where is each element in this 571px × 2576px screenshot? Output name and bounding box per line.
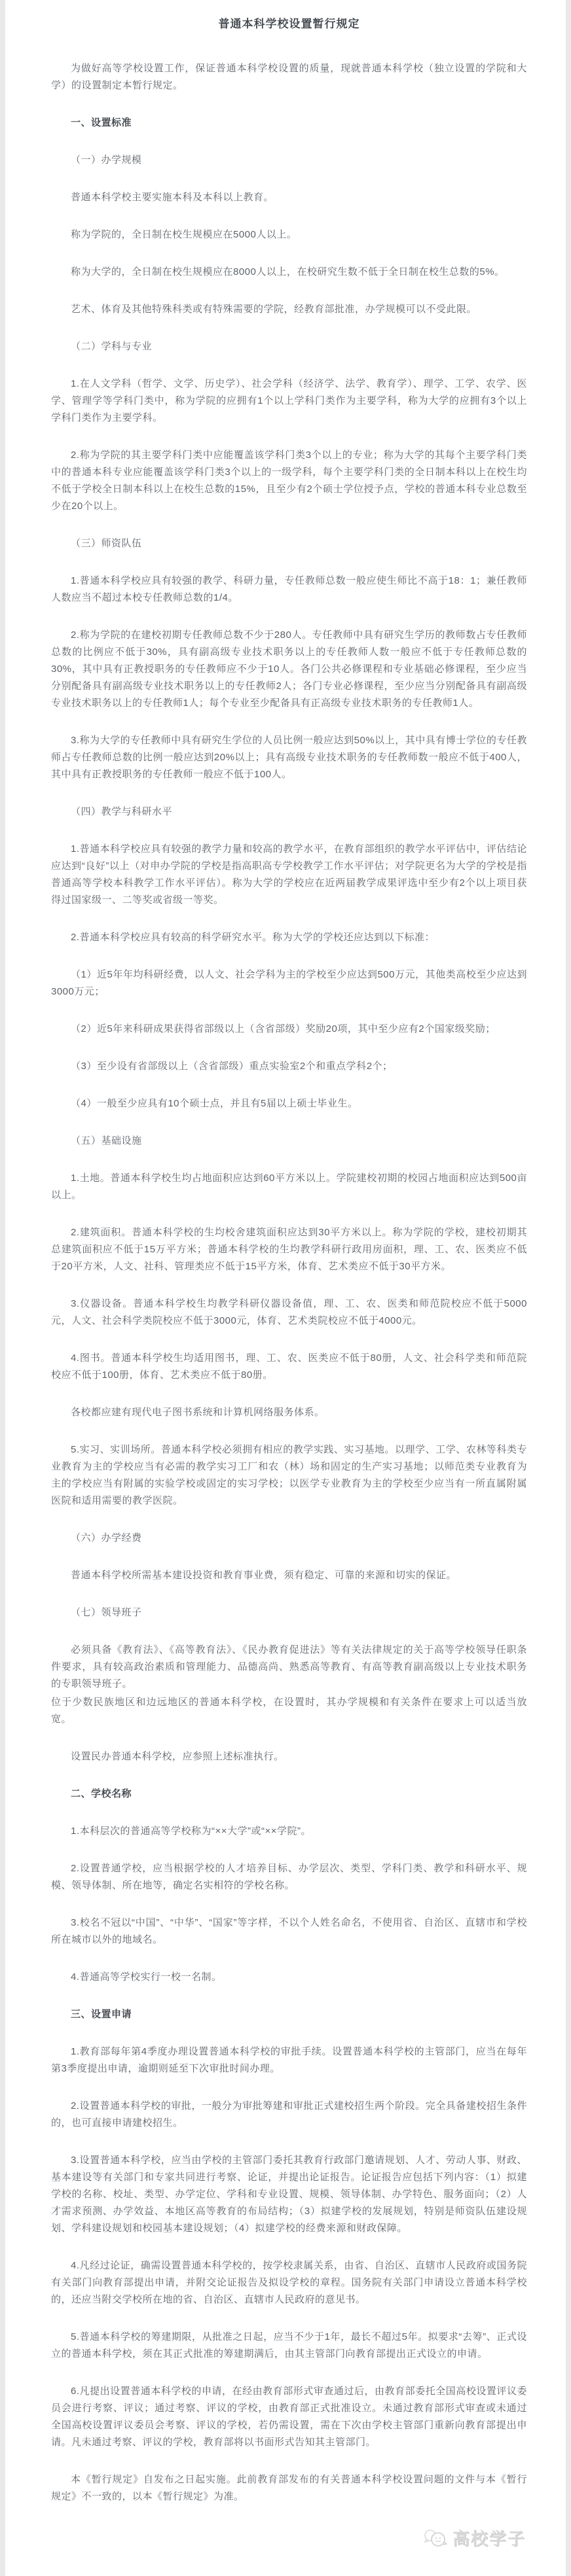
paragraph: 设置民办普通本科学校，应参照上述标准执行。	[51, 1748, 527, 1765]
paragraph: 本《暂行规定》自发布之日起实施。此前教育部发布的有关普通本科学校设置问题的文件与…	[51, 2471, 527, 2505]
document-title: 普通本科学校设置暂行规定	[51, 17, 527, 31]
paragraph: 3.仪器设备。普通本科学校生均教学科研仪器设备值，理、工、农、医类和师范院校应不…	[51, 1296, 527, 1330]
paragraph: （3）至少设有省部级以上（含省部级）重点实验室2个和重点学科2个；	[51, 1058, 527, 1075]
paragraph: （1）近5年年均科研经费，以人文、社会学科为主的学校至少应达到500万元，其他类…	[51, 966, 527, 1000]
paragraph: （六）办学经费	[51, 1530, 527, 1547]
paragraph: （三）师资队伍	[51, 535, 527, 552]
paragraph: 6.凡提出设置普通本科学校的申请，在经由教育部形式审查通过后，由教育部委托全国高…	[51, 2383, 527, 2451]
paragraph: 2.称为学院的其主要学科门类中应能覆盖该学科门类3个以上的专业；称为大学的其每个…	[51, 447, 527, 515]
paragraph: 1.土地。普通本科学校生均占地面积应达到60平方米以上。学院建校初期的校园占地面…	[51, 1170, 527, 1204]
paragraph: 2.设置普通学校，应当根据学校的人才培养目标、办学层次、类型、学科门类、教学和科…	[51, 1860, 527, 1894]
paragraph: 1.普通本科学校应具有较强的教学力量和较高的教学水平，在教育部组织的教学水平评估…	[51, 841, 527, 909]
paragraph: 必须具备《教育法》、《高等教育法》、《民办教育促进法》等有关法律规定的关于高等学…	[51, 1642, 527, 1693]
paragraph: 2.称为学院的在建校初期专任教师总数不少于280人。专任教师中具有研究生学历的教…	[51, 627, 527, 712]
paragraph: 称为学院的，全日制在校生规模应在5000人以上。	[51, 226, 527, 243]
paragraph: 5.实习、实训场所。普通本科学校必须拥有相应的教学实践、实习基地。以理学、工学、…	[51, 1441, 527, 1509]
section-heading: 三、设置申请	[51, 2006, 527, 2023]
paragraph: （七）领导班子	[51, 1604, 527, 1621]
chat-bubbles-icon	[422, 2528, 447, 2548]
paragraph: （五）基础设施	[51, 1133, 527, 1150]
paragraph: 2.建筑面积。普通本科学校的生均校舍建筑面积应达到30平方米以上。称为学院的学校…	[51, 1224, 527, 1275]
paragraph: 1.在人文学科（哲学、文学、历史学）、社会学科（经济学、法学、教育学）、理学、工…	[51, 376, 527, 427]
section-heading: 一、设置标准	[51, 115, 527, 132]
paragraph: 3.称为大学的专任教师中具有研究生学位的人员比例一般应达到50%以上，其中具有博…	[51, 732, 527, 783]
paragraph: （二）学科与专业	[51, 338, 527, 355]
document-page: 普通本科学校设置暂行规定 为做好高等学校设置工作，保证普通本科学校设置的质量，现…	[5, 0, 566, 2576]
paragraph: 各校都应建有现代电子图书系统和计算机网络服务体系。	[51, 1404, 527, 1421]
paragraph: 普通本科学校主要实施本科及本科以上教育。	[51, 189, 527, 206]
paragraph: （一）办学规模	[51, 152, 527, 169]
paragraph: 1.教育部每年第4季度办理设置普通本科学校的审批手续。设置普通本科学校的主管部门…	[51, 2043, 527, 2077]
paragraph: 位于少数民族地区和边远地区的普通本科学校，在设置时，其办学规模和有关条件在要求上…	[51, 1694, 527, 1728]
section-heading: 二、学校名称	[51, 1786, 527, 1803]
paragraph: （四）教学与科研水平	[51, 803, 527, 820]
paragraph: 1.本科层次的普通高等学校称为“××大学”或“××学院”。	[51, 1823, 527, 1840]
paragraph: 普通本科学校所需基本建设投资和教育事业费，须有稳定、可靠的来源和切实的保证。	[51, 1567, 527, 1584]
paragraph: 为做好高等学校设置工作，保证普通本科学校设置的质量，现就普通本科学校（独立设置的…	[51, 60, 527, 94]
watermark: 高校学子	[51, 2526, 527, 2550]
paragraph: 称为大学的，全日制在校生规模应在8000人以上，在校研究生数不低于全日制在校生总…	[51, 264, 527, 281]
paragraph: 2.普通本科学校应具有较高的科学研究水平。称为大学的学校还应达到以下标准：	[51, 929, 527, 946]
paragraph: 5.普通本科学校的筹建期限，从批准之日起，应当不少于1年，最长不超过5年。拟要求…	[51, 2329, 527, 2363]
paragraph: 2.设置普通本科学校的审批，一般分为审批筹建和审批正式建校招生两个阶段。完全具备…	[51, 2098, 527, 2132]
document-body: 为做好高等学校设置工作，保证普通本科学校设置的质量，现就普通本科学校（独立设置的…	[51, 60, 527, 2505]
paragraph: （4）一般至少应具有10个硕士点，并且有5届以上硕士毕业生。	[51, 1095, 527, 1112]
paragraph: 3.校名不冠以“中国”、“中华”、“国家”等字样，不以个人姓名命名，不使用省、自…	[51, 1914, 527, 1949]
paragraph: （2）近5年来科研成果获得省部级以上（含省部级）奖励20项，其中至少应有2个国家…	[51, 1021, 527, 1038]
paragraph: 艺术、体育及其他特殊科类或有特殊需要的学院，经教育部批准，办学规模可以不受此限。	[51, 301, 527, 318]
paragraph: 4.图书。普通本科学校生均适用图书，理、工、农、医类应不低于80册，人文、社会科…	[51, 1350, 527, 1384]
paragraph: 4.普通高等学校实行一校一名制。	[51, 1969, 527, 1986]
paragraph: 1.普通本科学校应具有较强的教学、科研力量，专任教师总数一般应使生师比不高于18…	[51, 573, 527, 607]
paragraph: 4.凡经过论证，确需设置普通本科学校的，按学校隶属关系，由省、自治区、直辖市人民…	[51, 2257, 527, 2308]
paragraph: 3.设置普通本科学校，应当由学校的主管部门委托其教育行政部门邀请规划、人才、劳动…	[51, 2152, 527, 2237]
watermark-label: 高校学子	[452, 2526, 526, 2550]
